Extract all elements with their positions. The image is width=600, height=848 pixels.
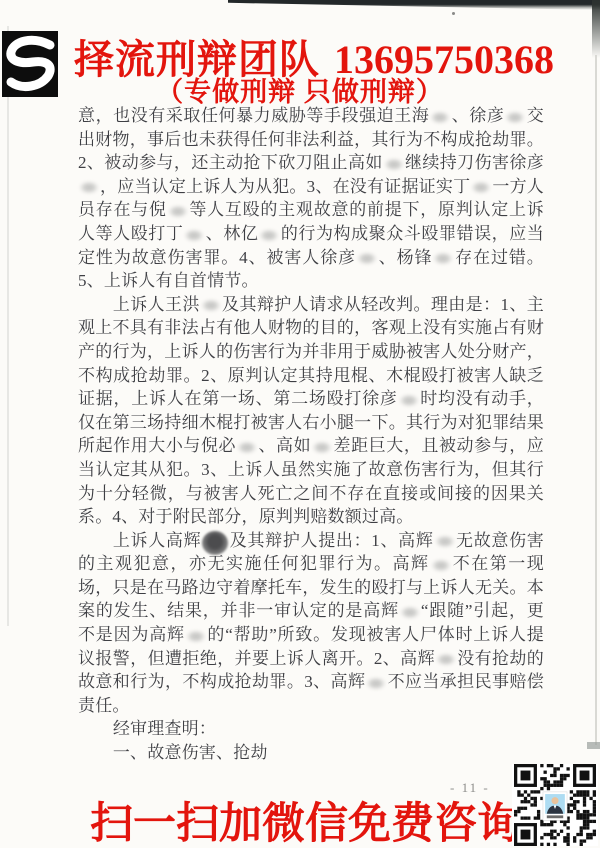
redacted-name [237, 441, 257, 454]
text-run: 、徐彦 [451, 106, 504, 125]
paragraph: 上诉人王洪及其辩护人请求从轻改判。理由是：1、主观上不具有非法占有他人财物的目的… [78, 293, 544, 529]
scanned-legal-document-page: 择流刑辩团队13695750368 （专做刑辩 只做刑辩） 意，也没有采取任何暴… [0, 0, 600, 848]
text-run: 上诉人高辉 [113, 531, 201, 550]
redacted-name [366, 677, 386, 690]
redacted-name [433, 252, 453, 265]
document-body: 意，也没有采取任何暴力威胁等手段强迫王海、徐彦交出财物，事后也未获得任何非法利益… [78, 104, 544, 765]
text-run: 、杨锋 [378, 248, 432, 267]
qr-finder-top-left [514, 764, 537, 787]
wechat-cta-text: 扫一扫加微信免费咨询 [90, 790, 520, 848]
redacted-name [184, 229, 204, 242]
redacted-name [259, 229, 279, 242]
redacted-name [186, 630, 206, 643]
redacted-name [201, 299, 221, 312]
paragraph: 上诉人高辉及其辩护人提出：1、高辉无故意伤害的主观犯意，亦无实施任何犯罪行为。高… [78, 529, 544, 718]
paper-edge-line-left [7, 26, 9, 626]
text-run: ，应当认定上诉人为从犯。3、在没有证据证实丁 [100, 177, 470, 196]
redacted-name [384, 158, 404, 171]
text-run: 意，也没有采取任何暴力威胁等手段强迫王海 [78, 106, 429, 125]
redacted-name [400, 606, 420, 619]
text-run: 、林亿 [205, 224, 258, 243]
redacted-name [168, 205, 188, 218]
qr-finder-bottom-left [514, 823, 537, 846]
redacted-name [79, 181, 99, 194]
paragraph: 经审理查明： [78, 717, 544, 741]
paper-edge-line-right [595, 55, 597, 745]
avatar [543, 792, 567, 820]
redacted-name [436, 653, 456, 666]
redacted-name [399, 394, 419, 407]
scan-artifact-right-edge [592, 0, 600, 58]
text-run: 一、故意伤害、抢劫 [113, 743, 268, 762]
text-run: 及其辩护人提出：1、高辉 [229, 531, 433, 550]
text-run: 、高如 [258, 436, 311, 455]
text-run: 继续持刀伤害徐彦 [405, 153, 544, 172]
paragraph: 意，也没有采取任何暴力威胁等手段强迫王海、徐彦交出财物，事后也未获得任何非法利益… [78, 104, 544, 293]
redacted-name [202, 531, 228, 555]
redacted-name [430, 111, 450, 124]
redacted-name [431, 559, 451, 572]
scan-speck [452, 12, 455, 15]
wechat-qr-code-icon [512, 764, 598, 846]
scan-artifact-top-edge [228, 0, 600, 10]
text-run: 上诉人王洪 [113, 295, 200, 314]
paragraph: 一、故意伤害、抢劫 [78, 741, 544, 765]
redacted-name [505, 111, 525, 124]
redacted-name [312, 441, 332, 454]
redacted-name [471, 181, 491, 194]
text-run: 经审理查明： [113, 719, 216, 738]
qr-finder-top-right [573, 764, 596, 787]
redacted-name [435, 535, 455, 548]
scan-artifact-right-dash [587, 742, 600, 749]
redacted-name [357, 252, 377, 265]
